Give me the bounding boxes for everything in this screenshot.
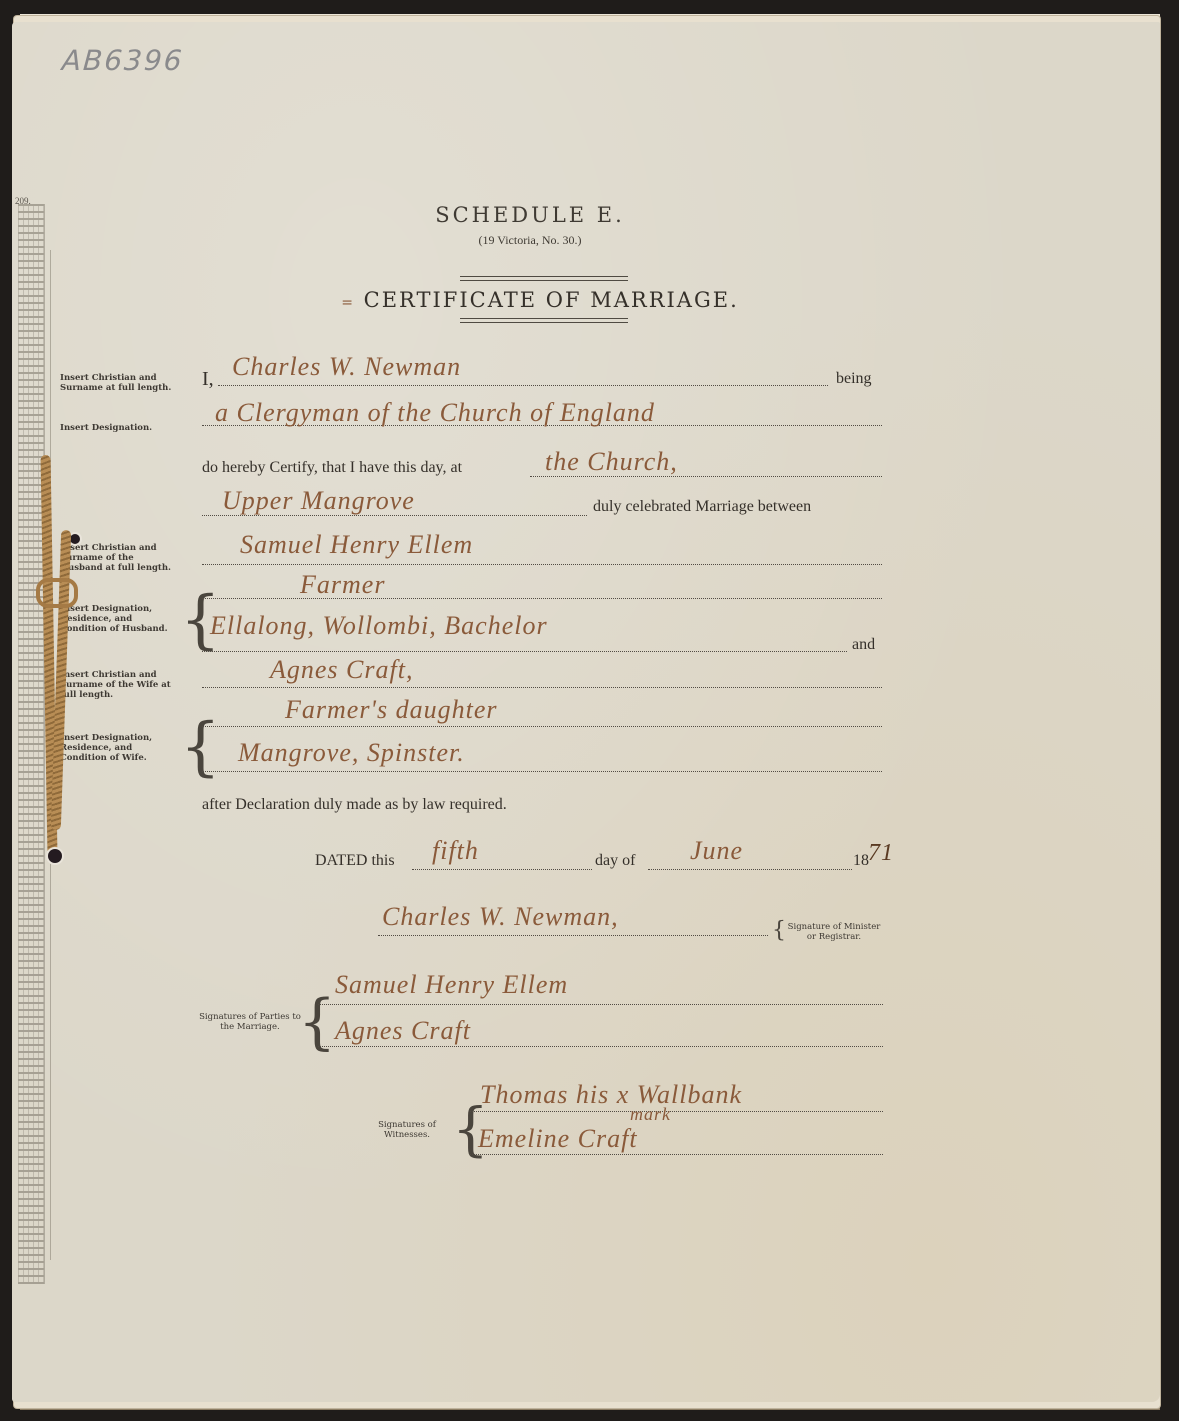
title-rule-top: [460, 276, 628, 281]
schedule-title: SCHEDULE E.: [400, 203, 660, 227]
note-husband-designation: Insert Designation, Residence, and Condi…: [60, 604, 172, 634]
party-signature-line-1: [318, 1004, 883, 1005]
ornamental-border: [18, 204, 45, 1284]
parties-brace: {: [298, 992, 336, 1052]
place-field-1: the Church,: [545, 447, 678, 477]
statute-reference: (19 Victoria, No. 30.): [430, 233, 630, 248]
reference-number: AB6396: [61, 44, 185, 77]
binding-hole-top: [70, 534, 80, 544]
husband-name-field: Samuel Henry Ellem: [240, 530, 473, 560]
note-husband-name: Insert Christian and Surname of the Husb…: [60, 543, 172, 573]
wife-brace: {: [180, 715, 221, 779]
title-rule-bottom: [460, 318, 628, 323]
place-field-2: Upper Mangrove: [222, 486, 415, 516]
witnesses-signature-label: Signatures of Witnesses.: [372, 1120, 442, 1140]
wife-occupation-field: Farmer's daughter: [285, 695, 498, 725]
minister-signature-line: [378, 935, 768, 936]
witness-mark-note: mark: [630, 1104, 671, 1125]
husband-residence-line: [202, 651, 847, 652]
heading-text: CERTIFICATE OF MARRIAGE.: [364, 288, 739, 312]
binding-hole-bottom: [48, 849, 62, 863]
printed-being: being: [836, 370, 872, 388]
wife-residence-field: Mangrove, Spinster.: [238, 738, 465, 768]
day-field: fifth: [432, 836, 479, 866]
husband-occupation-field: Farmer: [300, 570, 385, 600]
party-signature-line-2: [318, 1046, 883, 1047]
note-wife-name: Insert Christian and Surname of the Wife…: [60, 670, 172, 700]
printed-dated-this: DATED this: [315, 852, 395, 870]
printed-and: and: [852, 636, 875, 654]
parties-signature-label: Signatures of Parties to the Marriage.: [196, 1012, 304, 1032]
note-minister-name: Insert Christian and Surname at full len…: [60, 373, 172, 393]
printed-certify: do hereby Certify, that I have this day,…: [202, 459, 462, 477]
certificate-heading: = CERTIFICATE OF MARRIAGE.: [250, 288, 830, 312]
printed-day-of: day of: [595, 852, 635, 870]
minister-name-line: [218, 385, 828, 386]
wife-residence-line: [202, 771, 882, 772]
witness-signature-1: Thomas his x Wallbank: [480, 1080, 742, 1110]
month-line: [648, 869, 852, 870]
party-signature-1: Samuel Henry Ellem: [335, 970, 568, 1000]
husband-residence-field: Ellalong, Wollombi, Bachelor: [210, 611, 548, 641]
minister-signature: Charles W. Newman,: [382, 902, 619, 932]
year-field: 71: [868, 840, 894, 867]
witness-signature-2: Emeline Craft: [478, 1124, 638, 1154]
party-signature-2: Agnes Craft: [335, 1016, 471, 1046]
month-field: June: [690, 836, 743, 866]
wife-name-field: Agnes Craft,: [270, 655, 413, 685]
witness-line-1: [470, 1111, 883, 1112]
note-minister-designation: Insert Designation.: [60, 423, 172, 433]
minister-signature-label: Signature of Minister or Registrar.: [784, 922, 884, 942]
day-line: [412, 869, 592, 870]
printed-celebrated: duly celebrated Marriage between: [593, 498, 811, 516]
minister-designation-field: a Clergyman of the Church of England: [215, 398, 655, 428]
heading-mark: =: [341, 295, 355, 311]
wife-name-line: [202, 687, 882, 688]
printed-declaration: after Declaration duly made as by law re…: [202, 796, 507, 814]
page-number: 209.: [15, 196, 31, 206]
printed-i: I,: [202, 368, 214, 391]
printed-year-prefix: 18: [853, 852, 869, 870]
wife-occupation-line: [202, 726, 882, 727]
minister-name-field: Charles W. Newman: [232, 352, 461, 382]
witness-line-2: [470, 1154, 883, 1155]
husband-name-line: [202, 564, 882, 565]
note-wife-designation: Insert Designation, Residence, and Condi…: [60, 733, 172, 763]
twine-knot: [36, 578, 78, 608]
